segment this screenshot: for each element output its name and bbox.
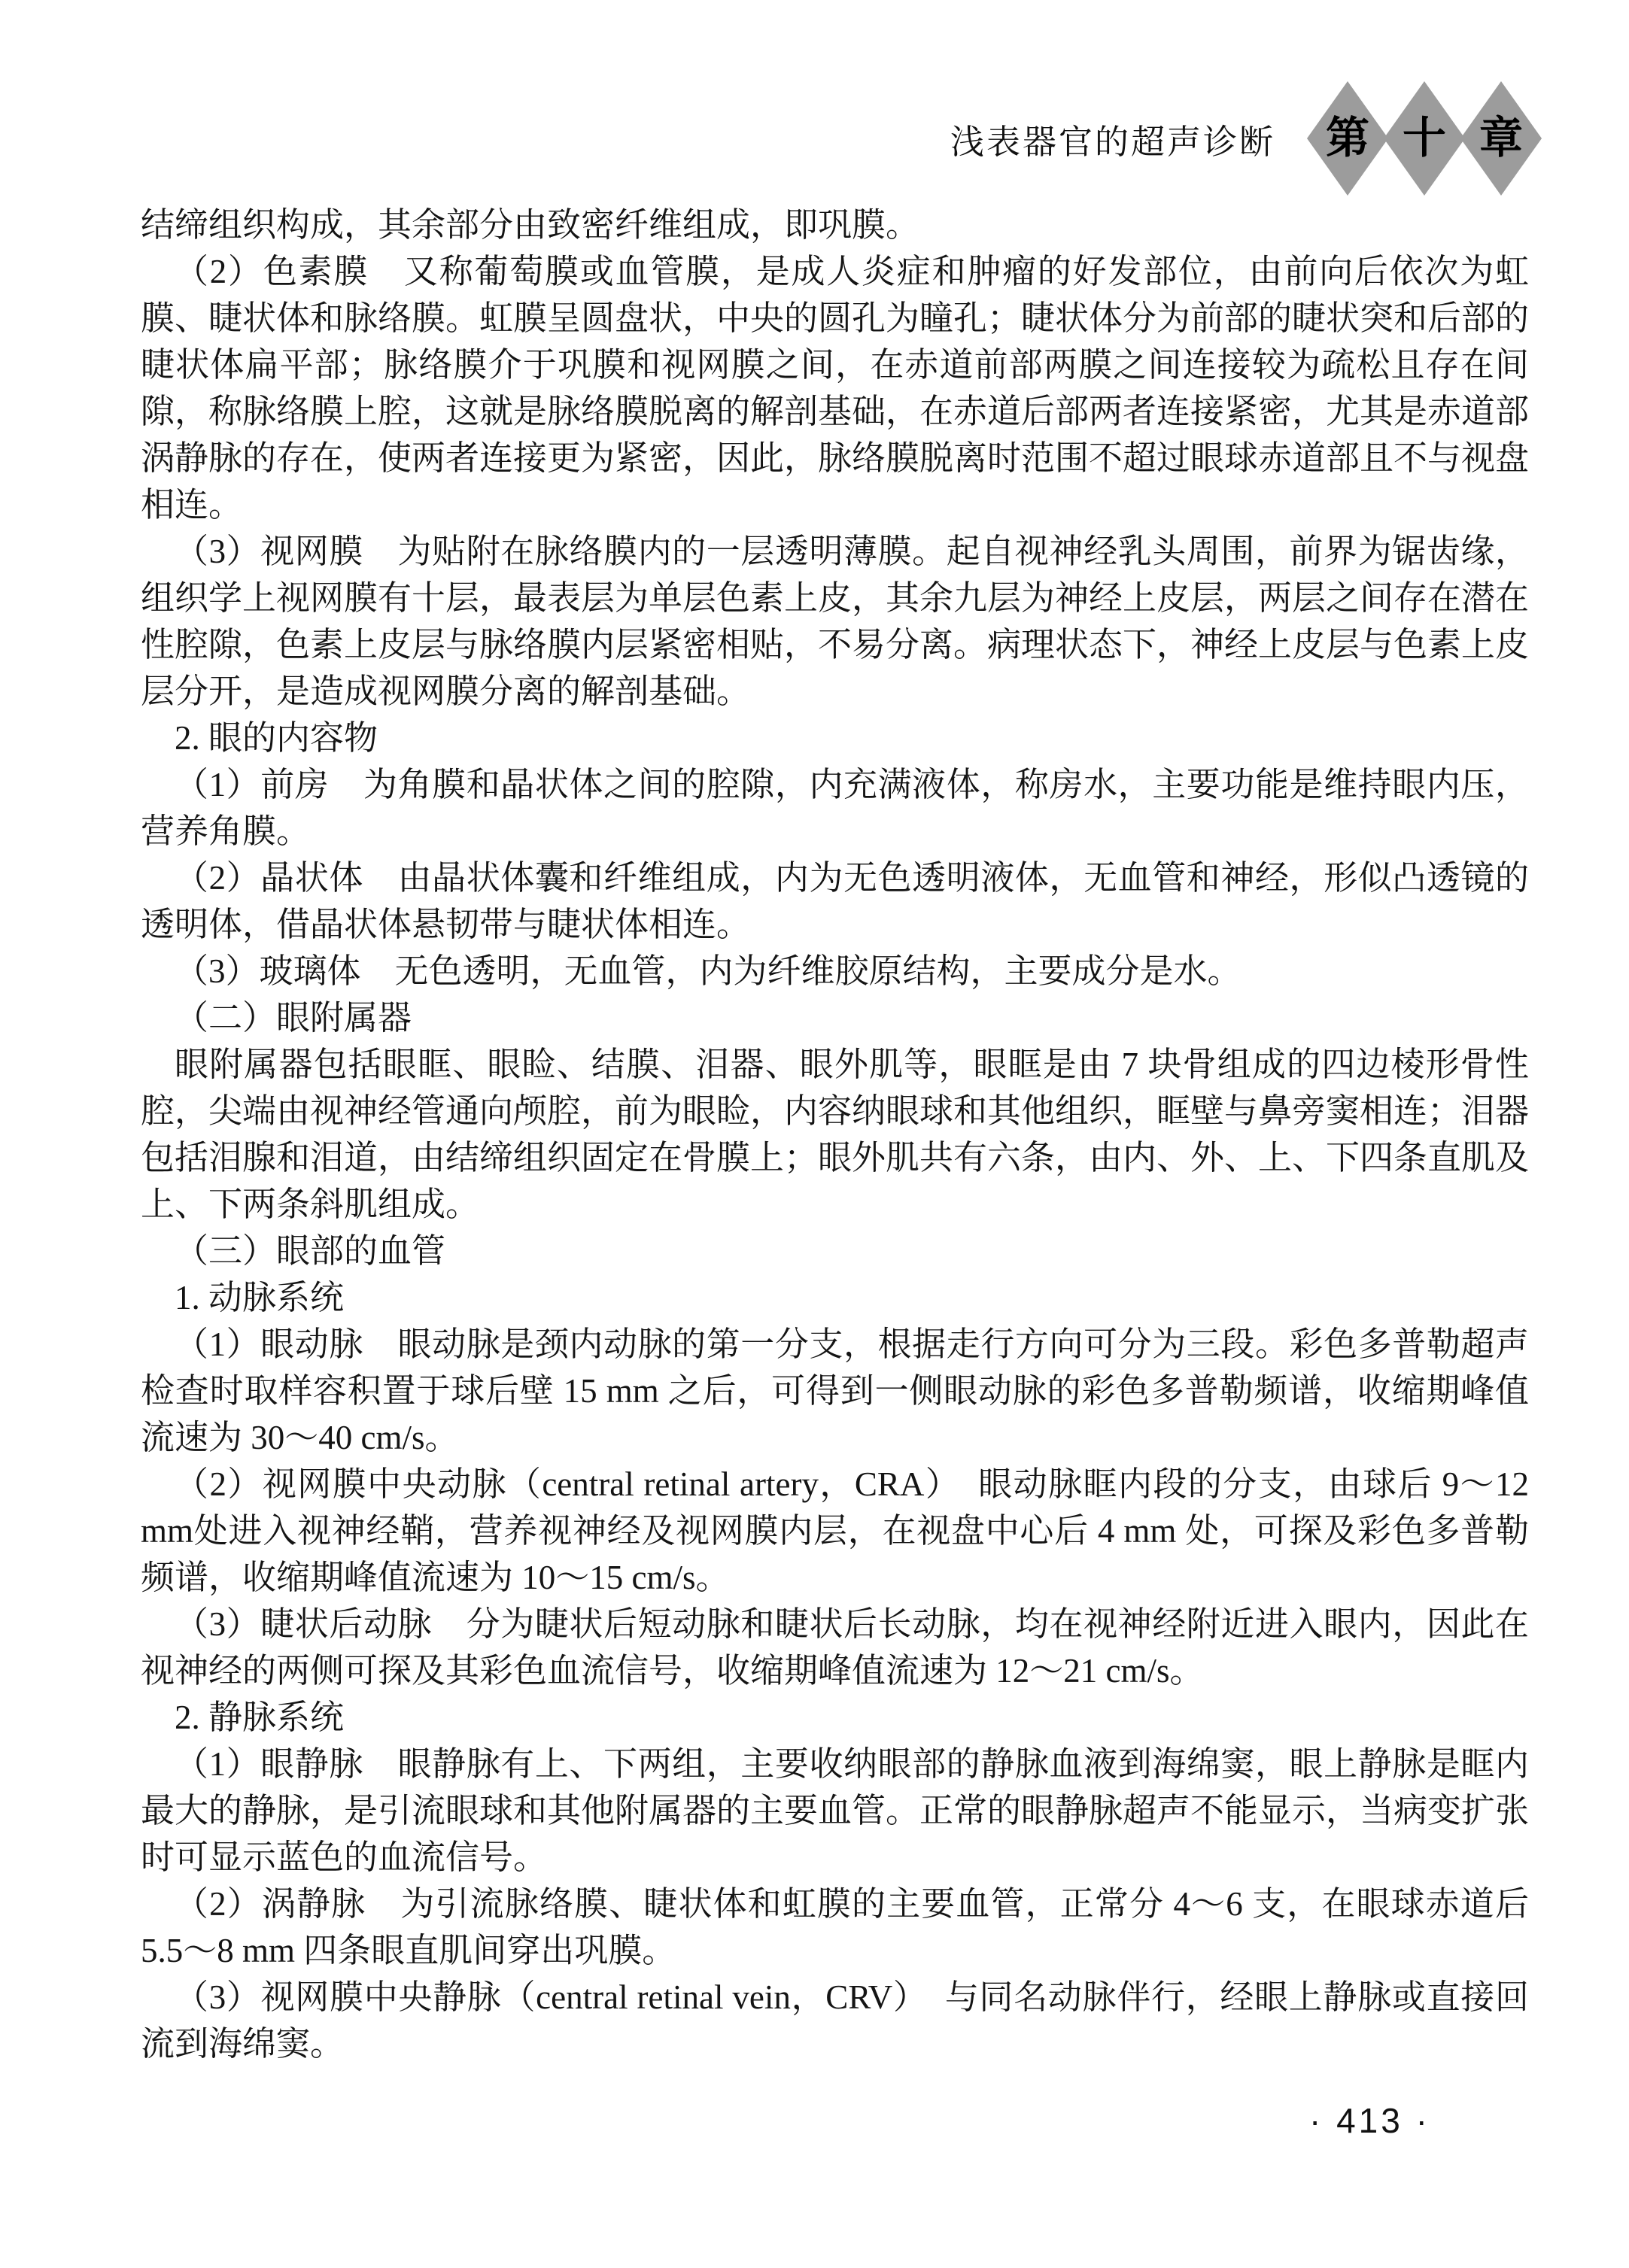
chapter-char-3: 章 — [1479, 117, 1523, 160]
body-paragraph: （2）涡静脉 为引流脉络膜、睫状体和虹膜的主要血管，正常分 4～6 支，在眼球赤… — [141, 1881, 1529, 1974]
body-paragraph: （3）睫状后动脉 分为睫状后短动脉和睫状后长动脉，均在视神经附近进入眼内，因此在… — [141, 1601, 1529, 1694]
body-paragraph: （2）晶状体 由晶状体囊和纤维组成，内为无色透明液体，无血管和神经，形似凸透镜的… — [141, 855, 1529, 948]
subsection-heading: （三）眼部的血管 — [141, 1228, 1529, 1274]
subsection-heading: （二）眼附属器 — [141, 994, 1529, 1041]
chapter-char-1: 第 — [1326, 117, 1369, 160]
body-paragraph: （2）色素膜 又称葡萄膜或血管膜，是成人炎症和肿瘤的好发部位，由前向后依次为虹膜… — [141, 248, 1529, 528]
book-page: 浅表器官的超声诊断 第 十 章 结缔组织构成，其余部分由致密纤维组成，即巩膜。 … — [0, 0, 1629, 2268]
numbered-heading: 2. 眼的内容物 — [141, 715, 1529, 761]
body-paragraph: （1）前房 为角膜和晶状体之间的腔隙，内充满液体，称房水，主要功能是维持眼内压，… — [141, 761, 1529, 855]
body-paragraph: （2）视网膜中央动脉（central retinal artery，CRA） 眼… — [141, 1461, 1529, 1601]
page-number: · 413 · — [1309, 2100, 1430, 2141]
numbered-heading: 1. 动脉系统 — [141, 1274, 1529, 1321]
numbered-heading: 2. 静脉系统 — [141, 1694, 1529, 1741]
body-paragraph: （1）眼静脉 眼静脉有上、下两组，主要收纳眼部的静脉血液到海绵窦，眼上静脉是眶内… — [141, 1741, 1529, 1881]
body-paragraph: 眼附属器包括眼眶、眼睑、结膜、泪器、眼外肌等，眼眶是由 7 块骨组成的四边棱形骨… — [141, 1041, 1529, 1228]
body-paragraph: 结缔组织构成，其余部分由致密纤维组成，即巩膜。 — [141, 202, 1529, 248]
running-head: 浅表器官的超声诊断 第 十 章 — [950, 81, 1542, 196]
body-paragraph: （3）视网膜中央静脉（central retinal vein，CRV） 与同名… — [141, 1974, 1529, 2067]
running-head-title: 浅表器官的超声诊断 — [950, 114, 1275, 163]
chapter-badge: 第 十 章 — [1311, 81, 1542, 196]
chapter-diamond-2: 十 — [1384, 81, 1465, 196]
page-body: 结缔组织构成，其余部分由致密纤维组成，即巩膜。 （2）色素膜 又称葡萄膜或血管膜… — [141, 202, 1529, 2067]
chapter-char-2: 十 — [1403, 117, 1446, 160]
chapter-diamond-3: 章 — [1460, 81, 1542, 196]
body-paragraph: （3）视网膜 为贴附在脉络膜内的一层透明薄膜。起自视神经乳头周围，前界为锯齿缘，… — [141, 528, 1529, 715]
body-paragraph: （3）玻璃体 无色透明，无血管，内为纤维胶原结构，主要成分是水。 — [141, 948, 1529, 994]
chapter-diamond-1: 第 — [1307, 81, 1388, 196]
body-paragraph: （1）眼动脉 眼动脉是颈内动脉的第一分支，根据走行方向可分为三段。彩色多普勒超声… — [141, 1321, 1529, 1461]
